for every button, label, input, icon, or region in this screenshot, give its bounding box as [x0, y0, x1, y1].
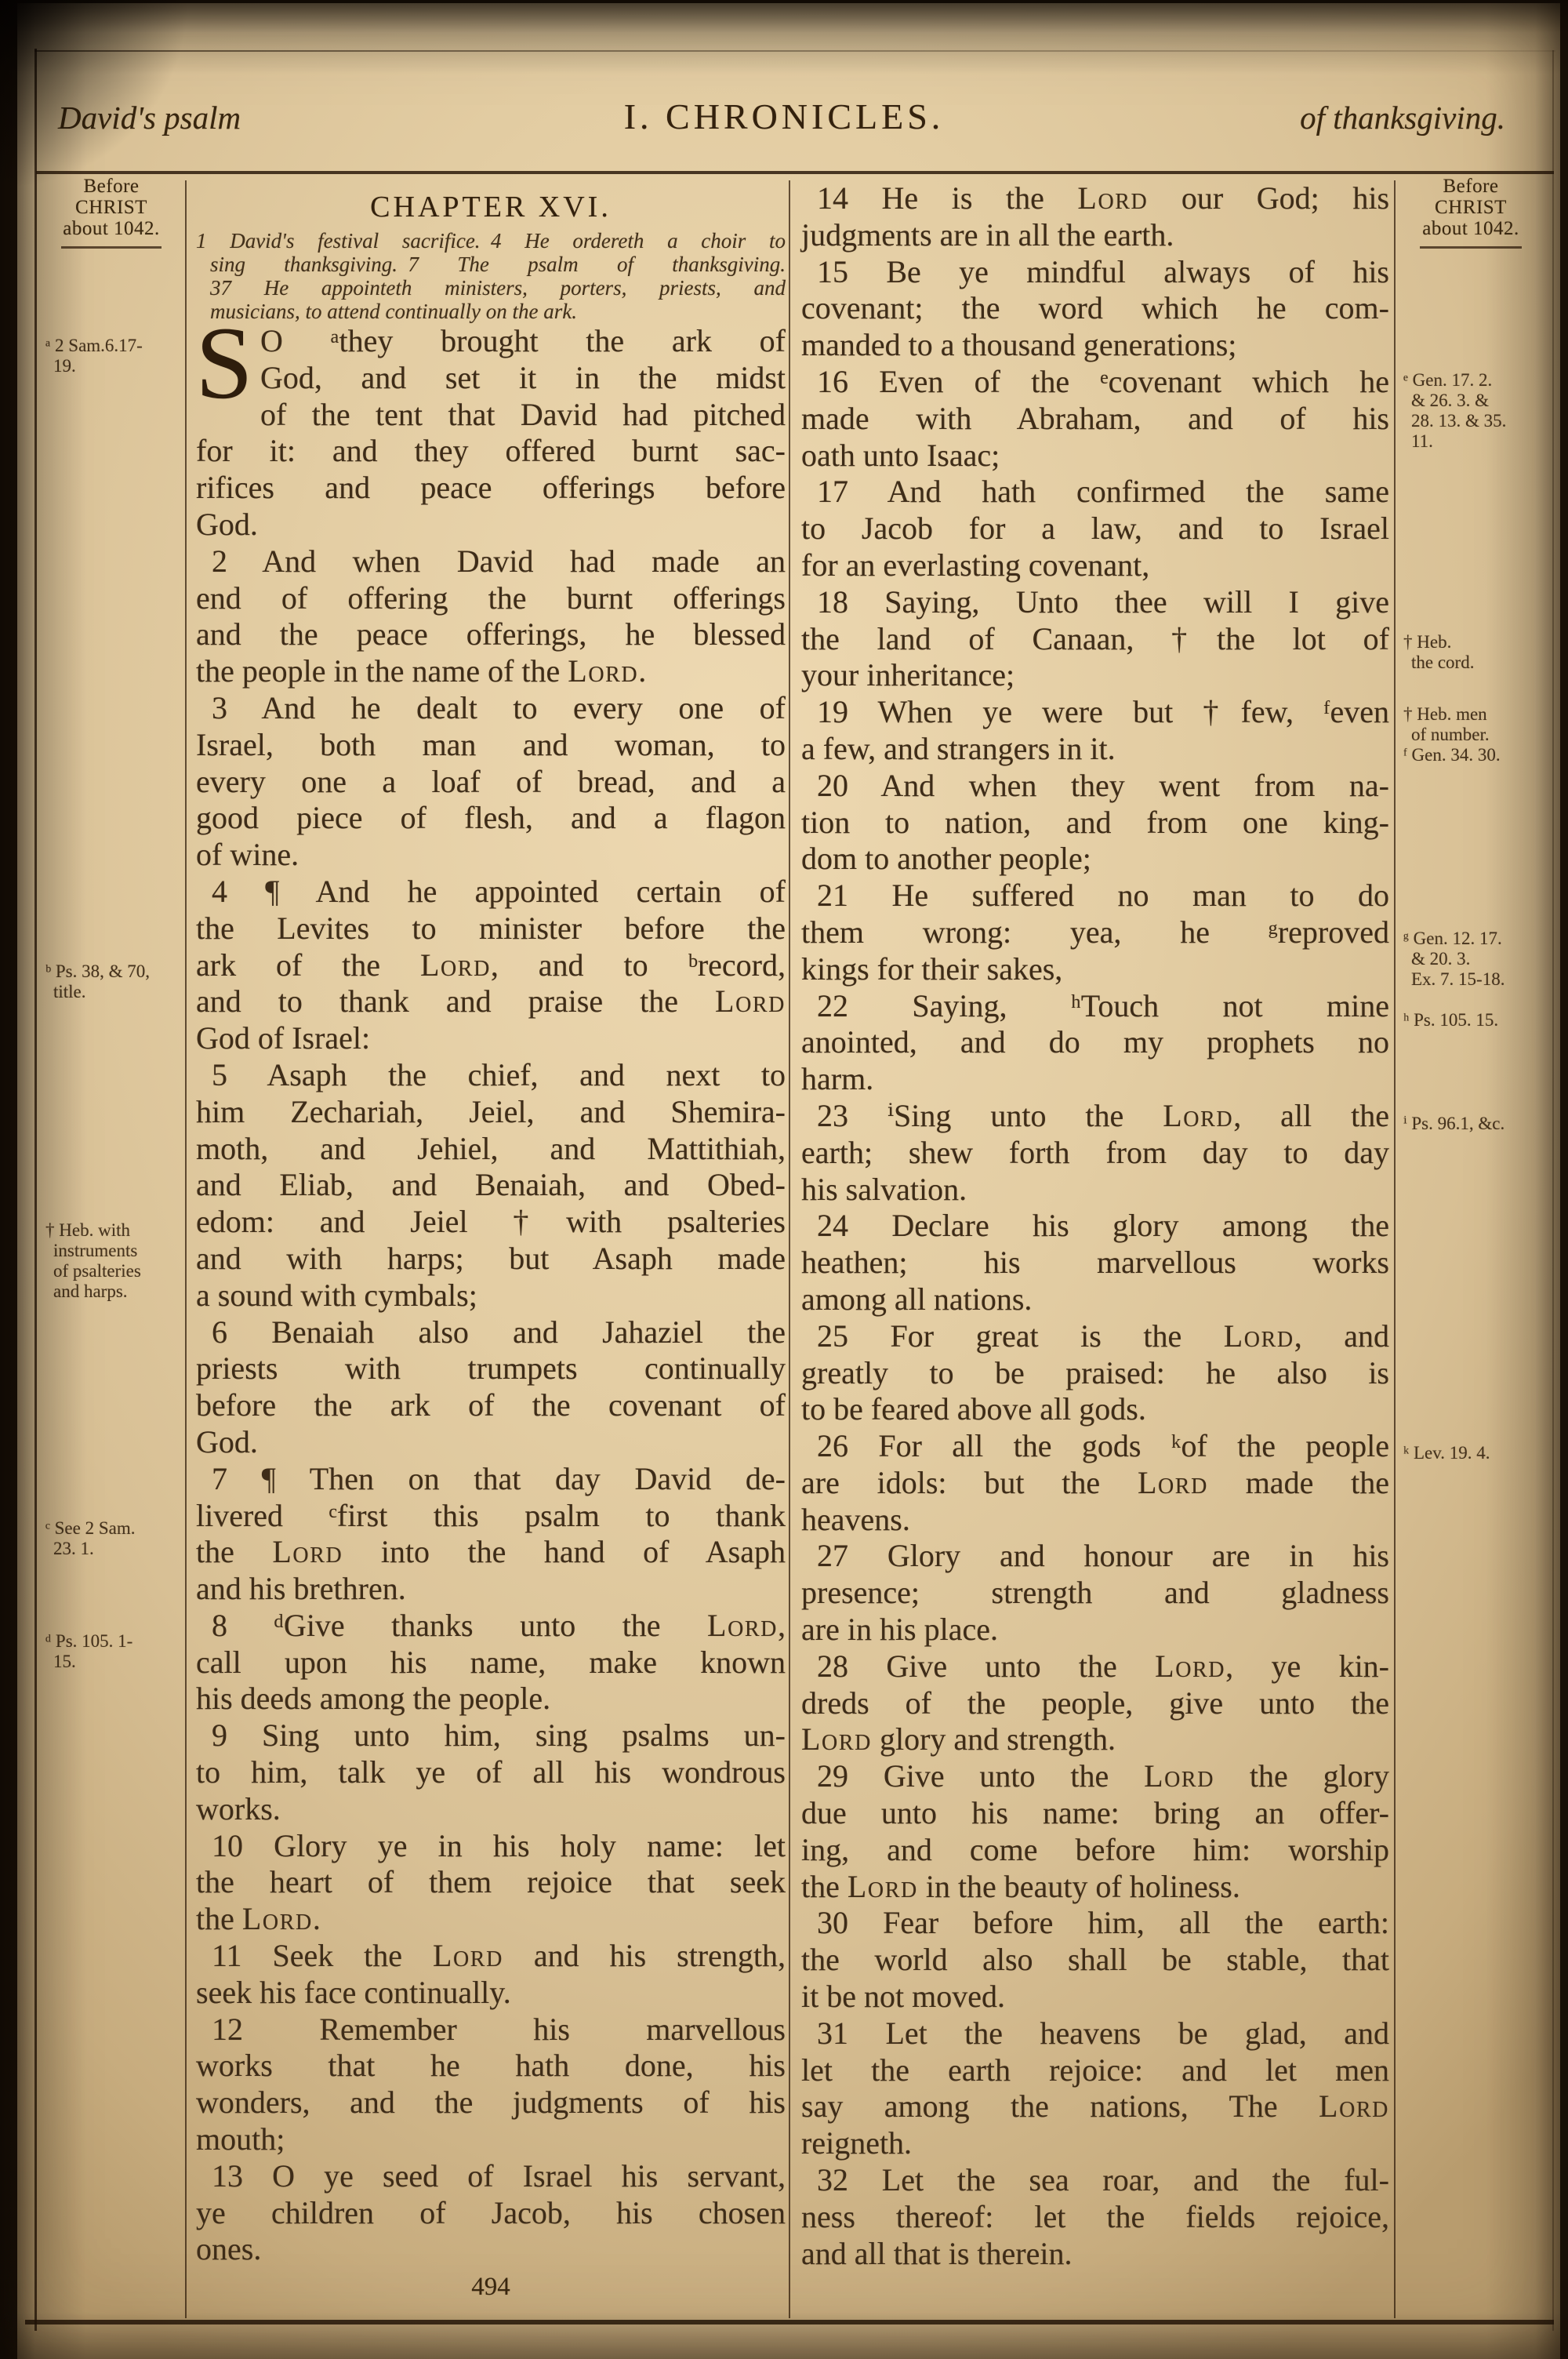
small-caps-text: Lord — [242, 1901, 313, 1936]
italic-text: covenant — [1109, 364, 1221, 399]
verse-1-line: of the tent that David had pitched — [196, 397, 786, 434]
margin-note-line: ᵍ Gen. 12. 17. — [1403, 929, 1538, 949]
italic-text: of number. — [1411, 725, 1490, 744]
margin-note-line: about 1042. — [1403, 218, 1538, 239]
verse-3-line: every one a loaf of bread, and a — [196, 764, 786, 801]
verse-29-line: ing, and come before him: worship — [801, 1832, 1389, 1869]
verse-11-line: seek his face continually. — [196, 1975, 786, 2012]
verse-31-line: reigneth. — [801, 2125, 1389, 2162]
small-caps-text: Lord — [272, 1534, 343, 1569]
verse-27-line: presence; strength and gladness — [801, 1575, 1389, 1612]
verse-12-line: works that he hath done, his — [196, 2048, 786, 2085]
ref-a: ᵃ 2 Sam.6.17-19. — [45, 336, 177, 376]
verse-32-line: and all that is therein. — [801, 2236, 1389, 2273]
margin-note-line: & 26. 3. & — [1403, 391, 1538, 411]
verse-13-line: ye children of Jacob, his chosen — [196, 2195, 786, 2232]
chapter-heading: CHAPTER XVI. — [196, 188, 786, 229]
margin-note-line: & 20. 3. — [1403, 949, 1538, 969]
verse-24-line: 24 Declare his glory among the — [801, 1208, 1389, 1245]
before-christ-date: BeforeCHRISTabout 1042. — [1403, 176, 1538, 249]
verse-20-line: dom to another people; — [801, 841, 1389, 878]
small-caps-text: Lord — [420, 947, 491, 983]
margin-note-line: ʰ Ps. 105. 15. — [1403, 1010, 1538, 1030]
verse-14-line: judgments are in all the earth. — [801, 217, 1389, 254]
verse-10-line: the heart of them rejoice that seek — [196, 1864, 786, 1901]
italic-text: when — [969, 768, 1037, 803]
verse-8-line: 8 ᵈGive thanks unto the Lord, — [196, 1608, 786, 1645]
italic-text: are — [1212, 1538, 1250, 1573]
verse-7-line: 7 ¶ Then on that day David de- — [196, 1461, 786, 1498]
verse-17-line: to Jacob for a law, and to Israel — [801, 511, 1389, 547]
margin-note-line: 23. 1. — [45, 1539, 177, 1559]
italic-text: and harps. — [53, 1281, 128, 1301]
italic-text: of wine. — [196, 837, 299, 872]
verse-1-line: rifices and peace offerings before — [196, 470, 786, 507]
verse-6-line: priests with trumpets continually — [196, 1350, 786, 1387]
verse-6-line: 6 Benaiah also and Jahaziel the — [196, 1314, 786, 1351]
bottom-rule — [25, 2320, 1554, 2324]
margin-note-line: instruments — [45, 1241, 177, 1261]
small-caps-text: Lord — [1224, 1318, 1294, 1354]
verse-16-line: made with Abraham, and of his — [801, 401, 1389, 438]
page-content: David's psalm I. CHRONICLES. of thanksgi… — [0, 0, 1568, 2359]
page-frame-right-rule — [1552, 50, 1554, 2331]
ref-h: ʰ Ps. 105. 15. — [1403, 1010, 1538, 1030]
ref-d: ᵈ Ps. 105. 1-15. — [45, 1631, 177, 1672]
scanned-bible-page-photo: David's psalm I. CHRONICLES. of thanksgi… — [0, 0, 1568, 2359]
italic-text: are — [801, 1465, 840, 1500]
ref-b: ᵇ Ps. 38, & 70,title. — [45, 961, 177, 1002]
verse-25-line: to be feared above all gods. — [801, 1391, 1389, 1428]
margin-note-line: ᵇ Ps. 38, & 70, — [45, 961, 177, 982]
small-caps-text: Lord — [715, 983, 786, 1019]
margin-note-line: CHRIST — [45, 197, 177, 218]
verse-9-line: to him, talk ye of all his wondrous — [196, 1754, 786, 1791]
verse-2-line: 2 And when David had made an — [196, 543, 786, 580]
verse-9-line: works. — [196, 1791, 786, 1828]
verse-8-line: his deeds among the people. — [196, 1681, 786, 1717]
verse-23-line: earth; shew forth from day to day — [801, 1135, 1389, 1172]
verse-5-line: a sound with cymbals; — [196, 1278, 786, 1314]
ref-dagger-number: † Heb. menof number. — [1403, 704, 1538, 745]
page-frame-left-rule — [34, 49, 37, 2331]
margin-note-line: ᶜ See 2 Sam. — [45, 1518, 177, 1539]
verse-21-line: kings for their sakes, — [801, 951, 1389, 988]
before-christ-date: BeforeCHRISTabout 1042. — [45, 176, 177, 249]
verse-29-line: the Lord in the beauty of holiness. — [801, 1869, 1389, 1906]
verse-15-line: 15 Be ye mindful always of his — [801, 254, 1389, 291]
running-head-title: I. CHRONICLES. — [624, 96, 945, 137]
italic-text: certain — [637, 874, 722, 909]
italic-text: men — [1456, 704, 1487, 724]
margin-note-line: ᵉ Gen. 17. 2. — [1403, 370, 1538, 391]
verse-29-line: due unto his name: bring an offer- — [801, 1795, 1389, 1832]
margin-note-line: CHRIST — [1403, 197, 1538, 218]
verse-4-line: 4 ¶ And he appointed certain of — [196, 874, 786, 911]
italic-text: are — [940, 217, 978, 253]
text-column-2: 14 He is the Lord our God; hisjudgments … — [801, 180, 1389, 2272]
verse-29-line: 29 Give unto the Lord the glory — [801, 1758, 1389, 1795]
margin-rule — [1420, 246, 1523, 249]
verse-4-line: God of Israel: — [196, 1020, 786, 1057]
verse-7-line: livered ᶜfirst this psalm to thank — [196, 1498, 786, 1535]
italic-text: for — [801, 547, 838, 583]
ref-f: ᶠ Gen. 34. 30. — [1403, 745, 1538, 765]
verse-30-line: it be not moved. — [801, 1979, 1389, 2016]
margin-note-line: 15. — [45, 1652, 177, 1672]
chapter-summary-line: sing thanksgiving. 7 The psalm of thanks… — [196, 253, 786, 276]
verse-27-line: are in his place. — [801, 1612, 1389, 1648]
verse-1-line: God. — [196, 507, 786, 543]
verse-5-line: edom: and Jeiel †with psalteries — [196, 1204, 786, 1241]
verse-24-line: among all nations. — [801, 1281, 1389, 1318]
verse-10-line: 10 Glory ye in his holy name: let — [196, 1828, 786, 1865]
margin-note-line: ᵈ Ps. 105. 1- — [45, 1631, 177, 1652]
header-rule — [36, 171, 1554, 174]
verse-15-line: covenant; the word which he com- — [801, 290, 1389, 327]
small-caps-text: Lord — [1077, 180, 1148, 216]
page-frame-top-rule — [34, 50, 1555, 52]
margin-note-line: title. — [45, 982, 177, 1002]
margin-note-line: ⁱ Ps. 96.1, &c. — [1403, 1114, 1538, 1134]
verse-19-line: a few, and strangers in it. — [801, 731, 1389, 768]
verse-1-line: O ᵃthey brought the ark of — [196, 323, 786, 360]
verse-20-line: tion to nation, and from one king- — [801, 805, 1389, 841]
ref-c: ᶜ See 2 Sam.23. 1. — [45, 1518, 177, 1559]
small-caps-text: Lord — [568, 653, 638, 689]
italic-text: which — [1142, 290, 1218, 325]
italic-text: is — [952, 180, 973, 216]
verse-1-line: God, and set it in the midst — [196, 360, 786, 397]
chapter-summary-line: 37 He appointeth ministers, porters, pri… — [196, 276, 786, 300]
small-caps-text: Lord — [1138, 1465, 1208, 1500]
verse-25-line: 25 For great is the Lord, and — [801, 1318, 1389, 1355]
italic-text: are — [801, 1612, 840, 1647]
verse-2-line: end of offering the burnt offerings — [196, 580, 786, 617]
verse-26-line: are idols: but the Lord made the — [801, 1465, 1389, 1502]
verse-24-line: heathen; his marvellous works — [801, 1245, 1389, 1281]
small-caps-text: Lord — [848, 1869, 918, 1904]
small-caps-text: Lord — [1155, 1648, 1225, 1684]
margin-rule — [61, 246, 162, 249]
margin-note-line: of psalteries — [45, 1261, 177, 1281]
margin-note-line: Ex. 7. 15-18. — [1403, 969, 1538, 990]
verse-27-line: 27 Glory and honour are in his — [801, 1538, 1389, 1575]
verse-5-line: 5 Asaph the chief, and next to — [196, 1057, 786, 1094]
italic-text: instruments — [53, 1241, 137, 1260]
italic-text: the cord. — [1411, 652, 1474, 672]
ref-g: ᵍ Gen. 12. 17.& 20. 3.Ex. 7. 15-18. — [1403, 929, 1538, 990]
verse-23-line: 23 ⁱSing unto the Lord, all the — [801, 1098, 1389, 1135]
verse-16-line: 16 Even of the ᵉcovenant which he — [801, 364, 1389, 401]
verse-4-line: and to thank and praise the Lord — [196, 983, 786, 1020]
verse-32-line: ness thereof: let the fields rejoice, — [801, 2199, 1389, 2236]
verse-12-line: mouth; — [196, 2121, 786, 2158]
verse-2-line: the people in the name of the Lord. — [196, 653, 786, 690]
small-caps-text: Lord — [707, 1608, 778, 1643]
margin-note-line: † Heb. with — [45, 1220, 177, 1241]
chapter-summary: 1 David's festival sacrifice. 4 He order… — [196, 229, 786, 323]
verse-5-line: and Eliab, and Benaiah, and Obed- — [196, 1167, 786, 1204]
margin-note-line: ᶠ Gen. 34. 30. — [1403, 745, 1538, 765]
margin-note-line: ᵃ 2 Sam.6.17- — [45, 336, 177, 356]
verse-22-line: harm. — [801, 1061, 1389, 1098]
verse-17-line: 17 And hath confirmed the same — [801, 474, 1389, 511]
verse-3-line: Israel, both man and woman, to — [196, 727, 786, 764]
verse-5-line: and with harps; but Asaph made — [196, 1241, 786, 1278]
verse-5-line: moth, and Jehiel, and Mattithiah, — [196, 1131, 786, 1168]
left-margin-references: BeforeCHRISTabout 1042.ᵃ 2 Sam.6.17-19.ᵇ… — [45, 0, 177, 2359]
verse-6-line: before the ark of the covenant of — [196, 1387, 786, 1424]
page-number: 494 — [196, 2273, 786, 2302]
italic-text: of psalteries — [53, 1261, 141, 1281]
margin-note-line: † Heb. — [1403, 632, 1538, 652]
verse-11-line: 11 Seek the Lord and his strength, — [196, 1938, 786, 1975]
verse-3-line: of wine. — [196, 837, 786, 874]
verse-4-line: the Levites to minister before the — [196, 911, 786, 947]
ref-i: ⁱ Ps. 96.1, &c. — [1403, 1114, 1538, 1134]
italic-text: one — [1243, 805, 1288, 840]
small-caps-text: Lord — [801, 1721, 872, 1757]
verse-31-line: let the earth rejoice: and let men — [801, 2052, 1389, 2089]
verse-22-line: 22 Saying, ʰTouch not mine — [801, 988, 1389, 1025]
margin-note-line: and harps. — [45, 1281, 177, 1302]
verse-17-line: for an everlasting covenant, — [801, 547, 1389, 584]
verse-13-line: ones. — [196, 2231, 786, 2268]
verse-30-line: 30 Fear before him, all the earth: — [801, 1905, 1389, 1942]
verse-1-line: for it: and they offered burnt sac- — [196, 433, 786, 470]
margin-note-line: Before — [45, 176, 177, 197]
verse-4-line: ark of the Lord, and to ᵇrecord, — [196, 947, 786, 984]
column-rule-center — [789, 180, 790, 2318]
chapter-summary-line: musicians, to attend continually on the … — [196, 300, 786, 323]
column-rule-right — [1394, 180, 1396, 2318]
right-margin-references: BeforeCHRISTabout 1042.ᵉ Gen. 17. 2.& 26… — [1403, 0, 1538, 2359]
italic-text: men — [1335, 2052, 1389, 2088]
margin-note-line: about 1042. — [45, 218, 177, 239]
small-caps-text: Lord — [1319, 2088, 1389, 2124]
italic-text: is — [949, 2236, 970, 2271]
verse-28-line: 28 Give unto the Lord, ye kin- — [801, 1648, 1389, 1685]
verse-31-line: say among the nations, The Lord — [801, 2088, 1389, 2125]
small-caps-text: Lord — [1163, 1098, 1233, 1133]
margin-note-line: of number. — [1403, 725, 1538, 745]
verse-22-line: anointed, and do my prophets no — [801, 1024, 1389, 1061]
italic-text: Saying, — [912, 988, 1007, 1023]
verse-31-line: 31 Let the heavens be glad, and — [801, 2016, 1389, 2052]
italic-text: this psalm — [434, 1498, 600, 1533]
margin-note-line: 11. — [1403, 431, 1538, 452]
italic-text: due — [801, 1795, 847, 1830]
verse-28-line: Lord glory and strength. — [801, 1721, 1389, 1758]
verse-15-line: manded to a thousand generations; — [801, 327, 1389, 364]
italic-text: is — [1080, 1318, 1102, 1354]
text-column-1: CHAPTER XVI. 1 David's festival sacrific… — [196, 188, 786, 2268]
verse-10-line: the Lord. — [196, 1901, 786, 1938]
verse-7-line: and his brethren. — [196, 1571, 786, 1608]
verse-21-line: them wrong: yea, he ᵍreproved — [801, 914, 1389, 951]
chapter-summary-line: 1 David's festival sacrifice. 4 He order… — [196, 229, 786, 253]
verse-12-line: wonders, and the judgments of his — [196, 2085, 786, 2121]
verse-3-line: 3 And he dealt to every one of — [196, 690, 786, 727]
verse-8-line: call upon his name, make known — [196, 1645, 786, 1681]
verse-6-line: God. — [196, 1424, 786, 1461]
ref-dagger-psalteries: † Heb. withinstrumentsof psalteriesand h… — [45, 1220, 177, 1302]
verse-5-line: him Zechariah, Jeiel, and Shemira- — [196, 1094, 786, 1131]
ref-k: ᵏ Lev. 19. 4. — [1403, 1443, 1538, 1463]
verse-25-line: greatly to be praised: he also is — [801, 1355, 1389, 1392]
italic-text: Even of the — [879, 364, 1069, 399]
verse-26-line: heavens. — [801, 1502, 1389, 1539]
verse-23-line: his salvation. — [801, 1172, 1389, 1209]
margin-note-line: the cord. — [1403, 652, 1538, 673]
ref-dagger-cord: † Heb.the cord. — [1403, 632, 1538, 673]
drop-cap-initial: S — [196, 325, 252, 399]
verse-16-line: oath unto Isaac; — [801, 438, 1389, 474]
verse-19-line: 19 When ye were but †few, ᶠeven — [801, 694, 1389, 731]
verse-21-line: 21 He suffered no man to do — [801, 878, 1389, 914]
verse-26-line: 26 For all the gods ᵏof the people — [801, 1428, 1389, 1465]
verse-3-line: good piece of flesh, and a flagon — [196, 800, 786, 837]
margin-note-line: ᵏ Lev. 19. 4. — [1403, 1443, 1538, 1463]
verse-13-line: 13 O ye seed of Israel his servant, — [196, 2158, 786, 2195]
verse-30-line: the world also shall be stable, that — [801, 1942, 1389, 1979]
verse-18-line: 18 Saying, Unto thee will I give — [801, 584, 1389, 621]
ref-e: ᵉ Gen. 17. 2.& 26. 3. &28. 13. & 35.11. — [1403, 370, 1538, 452]
verse-18-line: your inheritance; — [801, 657, 1389, 694]
verse-9-line: 9 Sing unto him, sing psalms un- — [196, 1717, 786, 1754]
verse-2-line: and the peace offerings, he blessed — [196, 616, 786, 653]
small-caps-text: Lord — [1144, 1758, 1214, 1794]
column-rule-left — [185, 180, 187, 2318]
verse-18-line: the land of Canaan, †the lot of — [801, 621, 1389, 658]
margin-note-line: 28. 13. & 35. — [1403, 411, 1538, 431]
verse-28-line: dreds of the people, give unto the — [801, 1685, 1389, 1722]
verse-20-line: 20 And when they went from na- — [801, 768, 1389, 805]
margin-note-line: 19. — [45, 356, 177, 376]
margin-note-line: Before — [1403, 176, 1538, 197]
small-caps-text: Lord — [433, 1938, 503, 1973]
verse-7-line: the Lord into the hand of Asaph — [196, 1534, 786, 1571]
italic-text: is — [1368, 1355, 1389, 1390]
verse-12-line: 12 Remember his marvellous — [196, 2012, 786, 2048]
italic-text: with — [98, 1220, 130, 1240]
margin-note-line: † Heb. men — [1403, 704, 1538, 725]
verse-14-line: 14 He is the Lord our God; his — [801, 180, 1389, 217]
verse-32-line: 32 Let the sea roar, and the ful- — [801, 2162, 1389, 2199]
italic-text: and — [1178, 511, 1224, 546]
